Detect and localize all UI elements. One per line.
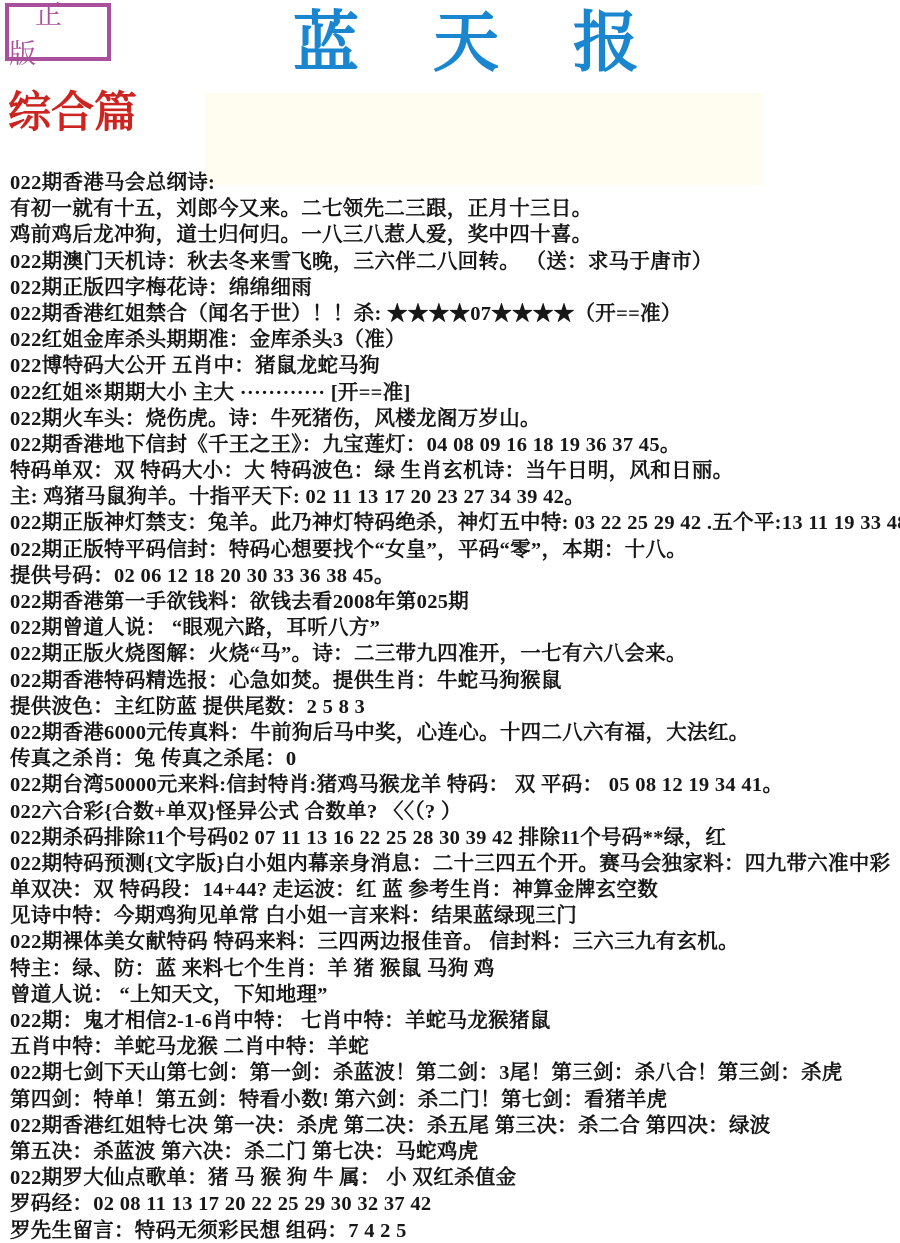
text-line: 022期裸体美女献特码 特码来料：三四两边报佳音。 信封料：三六三九有玄机。 [10,929,900,955]
text-line: 022期澳门天机诗：秋去冬来雪飞晚，三六伴二八回转。 （送：求马于唐市） [10,249,900,275]
text-line: 022期：鬼才相信2-1-6肖中特： 七肖中特：羊蛇马龙猴猪鼠 [10,1008,900,1034]
text-line: 罗码经：02 08 11 13 17 20 22 25 29 30 32 37 … [10,1191,900,1217]
page-title: 蓝天报 [293,4,713,83]
content-lines: 022期香港马会总纲诗:有初一就有十五，刘郎今又来。二七领先二三跟，正月十三日。… [10,170,900,1243]
text-line: 传真之杀肖：兔 传真之杀尾：0 [10,746,900,772]
text-line: 022期火车头：烧伤虎。诗：牛死猪伤，风楼龙阁万岁山。 [10,406,900,432]
text-line: 第四剑：特单！第五剑：特看小数! 第六剑：杀二门！第七剑：看猪羊虎 [10,1087,900,1113]
text-line: 022期正版四字梅花诗：绵绵细雨 [10,275,900,301]
text-line: 主: 鸡猪马鼠狗羊。十指平天下: 02 11 13 17 20 23 27 34… [10,484,900,510]
authentic-edition-badge: 正 版 [5,3,111,61]
text-line: 022期香港红姐特七决 第一决：杀虎 第二决：杀五尾 第三决：杀二合 第四决：绿… [10,1113,900,1139]
text-line: 五肖中特：羊蛇马龙猴 二肖中特：羊蛇 [10,1034,900,1060]
section-title: 综合篇 [8,88,137,140]
text-line: 有初一就有十五，刘郎今又来。二七领先二三跟，正月十三日。 [10,196,900,222]
text-line: 022期正版特平码信封：特码心想要找个“女皇”，平码“零”，本期：十八。 [10,537,900,563]
text-line: 特主：绿、防：蓝 来料七个生肖：羊 猪 猴鼠 马狗 鸡 [10,956,900,982]
text-line: 022期杀码排除11个号码02 07 11 13 16 22 25 28 30 … [10,825,900,851]
text-line: 022期香港地下信封《千王之王》：九宝莲灯：04 08 09 16 18 19 … [10,432,900,458]
text-line: 022期正版火烧图解：火烧“马”。诗：二三带九四准开，一七有六八会来。 [10,641,900,667]
text-line: 022期特码预测{文字版}白小姐内幕亲身消息：二十三四五个开。赛马会独家料：四九… [10,851,900,877]
text-line: 022红姐金库杀头期期准：金库杀头3（准） [10,327,900,353]
text-line: 提供号码：02 06 12 18 20 30 33 36 38 45。 [10,563,900,589]
text-line: 022期台湾50000元来料:信封特肖:猪鸡马猴龙羊 特码： 双 平码： 05 … [10,772,900,798]
text-line: 022六合彩{合数+单双}怪异公式 合数单? 〈〈（? ） [10,799,900,825]
text-line: 022期香港6000元传真料：牛前狗后马中奖，心连心。十四二八六有福，大法红。 [10,720,900,746]
text-line: 022博特码大公开 五肖中：猪鼠龙蛇马狗 [10,353,900,379]
text-line: 022期罗大仙点歌单：猪 马 猴 狗 牛 属： 小 双红杀值金 [10,1165,900,1191]
text-line: 022期正版神灯禁支：兔羊。此乃神灯特码绝杀，神灯五中特: 03 22 25 2… [10,510,900,536]
text-line: 第五决：杀蓝波 第六决：杀二门 第七决：马蛇鸡虎 [10,1139,900,1165]
text-line: 022期七剑下天山第七剑：第一剑：杀蓝波！第二剑：3尾！第三剑：杀八合！第三剑：… [10,1060,900,1086]
text-line: 022期香港第一手欲钱料：欲钱去看2008年第025期 [10,589,900,615]
text-line: 提供波色：主红防蓝 提供尾数：2 5 8 3 [10,694,900,720]
authentic-edition-label: 正 版 [9,0,107,71]
text-line: 单双决：双 特码段：14+44? 走运波：红 蓝 参考生肖：神算金牌玄空数 [10,877,900,903]
newspaper-page: 正 版 蓝天报 综合篇 022期香港马会总纲诗:有初一就有十五，刘郎今又来。二七… [0,0,900,1243]
text-line: 罗先生留言：特码无须彩民想 组码：7 4 2 5 [10,1218,900,1243]
text-line: 曾道人说： “上知天文，下知地理” [10,982,900,1008]
text-line: 022红姐※期期大小 主大 ············ [开==准] [10,380,900,406]
text-line: 022期香港特码精选报：心急如焚。提供生肖：牛蛇马狗猴鼠 [10,668,900,694]
text-line: 见诗中特：今期鸡狗见单常 白小姐一言来料：结果蓝绿现三门 [10,903,900,929]
text-line: 022期香港红姐禁合（闻名于世）！！杀: ★★★★07★★★★（开==准） [10,301,900,327]
text-line: 特码单双：双 特码大小：大 特码波色：绿 生肖玄机诗：当午日明，风和日丽。 [10,458,900,484]
text-line: 022期香港马会总纲诗: [10,170,900,196]
text-line: 鸡前鸡后龙冲狗，道士归何归。一八三八惹人爱，奖中四十喜。 [10,222,900,248]
text-line: 022期曾道人说： “眼观六路，耳听八方” [10,615,900,641]
